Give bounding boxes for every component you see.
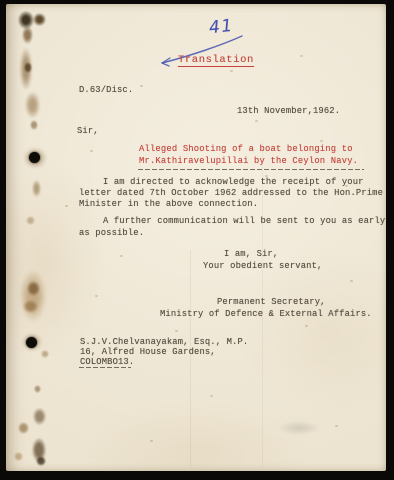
foxing-stain — [24, 62, 32, 73]
foxing-stain — [30, 120, 38, 130]
subject-line: Alleged Shooting of a boat belonging to — [139, 144, 353, 154]
foxing-stain — [33, 13, 46, 26]
body-line: as possible. — [79, 228, 144, 238]
foxing-stain — [33, 408, 46, 425]
subject-line: Mr.Kathiravelupillai by the Ceylon Navy. — [139, 156, 358, 166]
foxing-stain — [23, 300, 38, 313]
paper-speck — [255, 120, 258, 122]
addressee-name: S.J.V.Chelvanayakam, Esq., M.P. — [80, 337, 248, 347]
signature-title: Permanent Secretary, — [217, 297, 326, 307]
punch-hole — [26, 337, 37, 348]
foxing-stain — [34, 385, 41, 393]
body-line: A further communication will be sent to … — [103, 216, 385, 226]
addressee-city-underline — [79, 367, 131, 368]
pencil-smudge — [278, 421, 320, 435]
paper-speck — [140, 85, 143, 87]
letter-page — [6, 4, 386, 471]
punch-hole — [29, 152, 40, 163]
paper-speck — [335, 425, 338, 427]
foxing-stain — [26, 216, 35, 225]
paper-speck — [210, 395, 213, 397]
body-line: I am directed to acknowledge the receipt… — [103, 177, 364, 187]
paper-speck — [150, 440, 153, 442]
foxing-stain — [20, 270, 46, 322]
paper-speck — [120, 255, 123, 257]
reference-number: D.63/Disc. — [79, 85, 133, 95]
letter-date: 13th November,1962. — [237, 106, 340, 116]
scanner-background: 41 Translation D.63/Disc. 13th November,… — [0, 0, 394, 480]
body-line: Minister in the above connection. — [79, 199, 258, 209]
paper-crease — [190, 250, 191, 468]
addressee-city: COLOMBO13. — [80, 357, 134, 367]
foxing-stain — [18, 422, 29, 434]
paper-speck — [90, 150, 93, 152]
paper-speck — [65, 205, 68, 207]
foxing-stain — [25, 92, 40, 118]
paper-speck — [300, 55, 303, 57]
closing-line: I am, Sir, — [224, 249, 278, 259]
paper-speck — [305, 325, 308, 327]
closing-line: Your obedient servant, — [203, 261, 322, 271]
paper-speck — [95, 295, 98, 297]
subject-underline — [138, 169, 364, 170]
foxing-stain — [36, 456, 46, 466]
paper-speck — [350, 280, 353, 282]
foxing-stain — [22, 26, 33, 44]
letter-heading: Translation — [178, 55, 254, 67]
paper-speck — [320, 140, 323, 142]
addressee-street: 16, Alfred House Gardens, — [80, 347, 216, 357]
paper-speck — [230, 70, 233, 72]
signature-department: Ministry of Defence & External Affairs. — [160, 309, 372, 319]
foxing-stain — [32, 180, 41, 197]
salutation: Sir, — [77, 126, 99, 136]
body-line: letter dated 7th October 1962 addressed … — [79, 188, 383, 198]
foxing-stain — [27, 281, 40, 296]
foxing-stain — [14, 452, 23, 461]
foxing-stain — [41, 350, 49, 358]
paper-speck — [175, 330, 178, 332]
